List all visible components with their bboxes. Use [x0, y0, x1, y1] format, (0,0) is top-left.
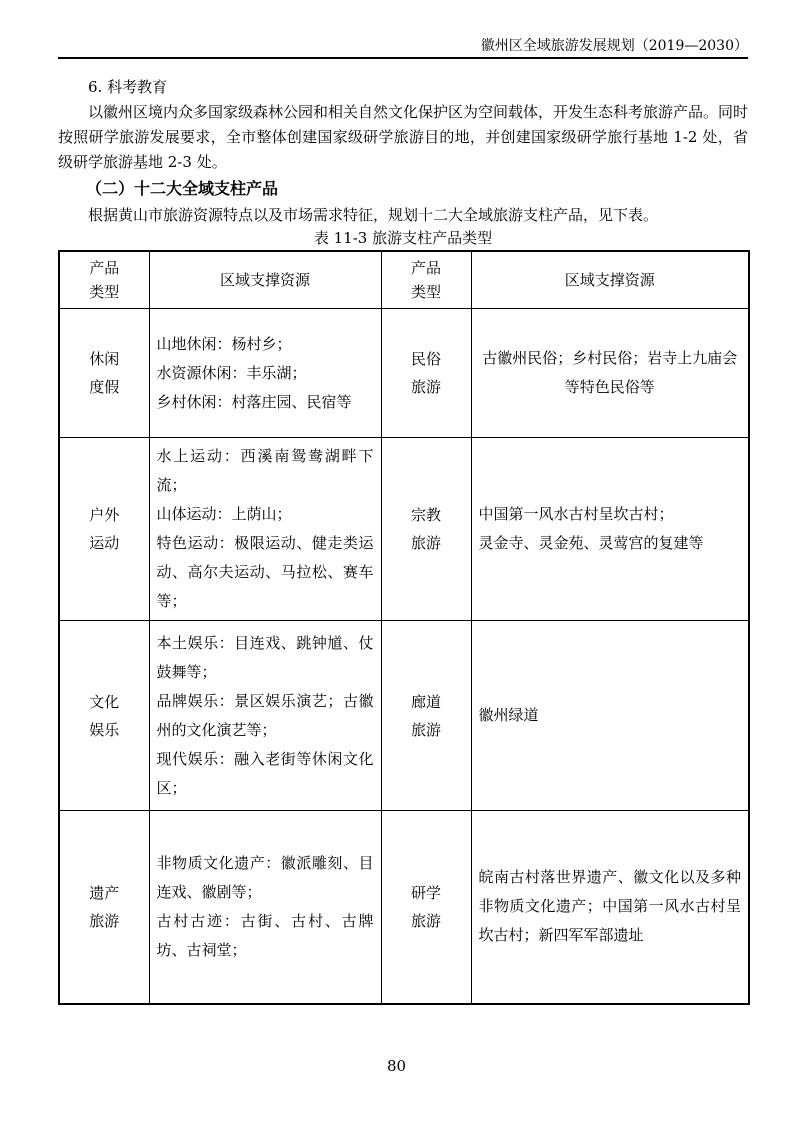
cell-type-folklore: 民俗 旅游 — [381, 309, 471, 438]
section-heading-pillar-products: （二）十二大全域支柱产品 — [58, 178, 748, 201]
cell-resources-heritage: 非物质文化遗产：徽派雕刻、目连戏、徽剧等； 古村古迹：古街、古村、古牌坊、古祠堂… — [149, 811, 381, 1004]
cell-type-heritage: 遗产 旅游 — [59, 811, 149, 1004]
running-header: 徽州区全域旅游发展规划（2019—2030） — [58, 0, 748, 59]
cell-type-study: 研学 旅游 — [381, 811, 471, 1004]
cell-resources-leisure: 山地休闲：杨村乡； 水资源休闲：丰乐湖； 乡村休闲：村落庄园、民宿等 — [149, 309, 381, 438]
cell-resources-culture: 本土娱乐：目连戏、跳钟馗、仗鼓舞等； 品牌娱乐：景区娱乐演艺；古徽州的文化演艺等… — [149, 621, 381, 811]
cell-type-corridor: 廊道 旅游 — [381, 621, 471, 811]
header-product-type-right: 产品 类型 — [381, 251, 471, 309]
cell-type-outdoor: 户外 运动 — [59, 438, 149, 621]
pillar-products-table: 产品 类型 区域支撑资源 产品 类型 区域支撑资源 休闲 度假 山地休闲：杨村乡… — [58, 250, 750, 1005]
document-page: 徽州区全域旅游发展规划（2019—2030） 6. 科考教育 以徽州区境内众多国… — [0, 0, 793, 1122]
table-row: 文化 娱乐 本土娱乐：目连戏、跳钟馗、仗鼓舞等； 品牌娱乐：景区娱乐演艺；古徽州… — [59, 621, 749, 811]
cell-type-religion: 宗教 旅游 — [381, 438, 471, 621]
cell-resources-outdoor: 水上运动：西溪南鸳鸯湖畔下流； 山体运动：上荫山； 特色运动：极限运动、健走类运… — [149, 438, 381, 621]
table-row: 户外 运动 水上运动：西溪南鸳鸯湖畔下流； 山体运动：上荫山； 特色运动：极限运… — [59, 438, 749, 621]
table-row: 遗产 旅游 非物质文化遗产：徽派雕刻、目连戏、徽剧等； 古村古迹：古街、古村、古… — [59, 811, 749, 1004]
cell-type-culture: 文化 娱乐 — [59, 621, 149, 811]
cell-type-leisure: 休闲 度假 — [59, 309, 149, 438]
table-header-row: 产品 类型 区域支撑资源 产品 类型 区域支撑资源 — [59, 251, 749, 309]
page-content: 6. 科考教育 以徽州区境内众多国家级森林公园和相关自然文化保护区为空间载体，开… — [58, 75, 748, 1005]
table-caption: 表 11-3 旅游支柱产品类型 — [58, 229, 748, 248]
cell-resources-folklore: 古徽州民俗；乡村民俗；岩寺上九庙会等特色民俗等 — [471, 309, 749, 438]
cell-resources-study: 皖南古村落世界遗产、徽文化以及多种非物质文化遗产；中国第一风水古村呈坎古村；新四… — [471, 811, 749, 1004]
header-resources-right: 区域支撑资源 — [471, 251, 749, 309]
cell-resources-corridor: 徽州绿道 — [471, 621, 749, 811]
table-row: 休闲 度假 山地休闲：杨村乡； 水资源休闲：丰乐湖； 乡村休闲：村落庄园、民宿等… — [59, 309, 749, 438]
document-title: 徽州区全域旅游发展规划（2019—2030） — [481, 38, 748, 54]
paragraph-pillar-intro: 根据黄山市旅游资源特点以及市场需求特征，规划十二大全域旅游支柱产品，见下表。 — [58, 203, 748, 228]
paragraph-science-education: 以徽州区境内众多国家级森林公园和相关自然文化保护区为空间载体，开发生态科考旅游产… — [58, 100, 748, 175]
numbered-item-title: 6. 科考教育 — [58, 75, 748, 100]
header-product-type-left: 产品 类型 — [59, 251, 149, 309]
cell-resources-religion: 中国第一风水古村呈坎古村； 灵金寺、灵金苑、灵莺宫的复建等 — [471, 438, 749, 621]
header-resources-left: 区域支撑资源 — [149, 251, 381, 309]
page-number: 80 — [0, 1057, 793, 1075]
